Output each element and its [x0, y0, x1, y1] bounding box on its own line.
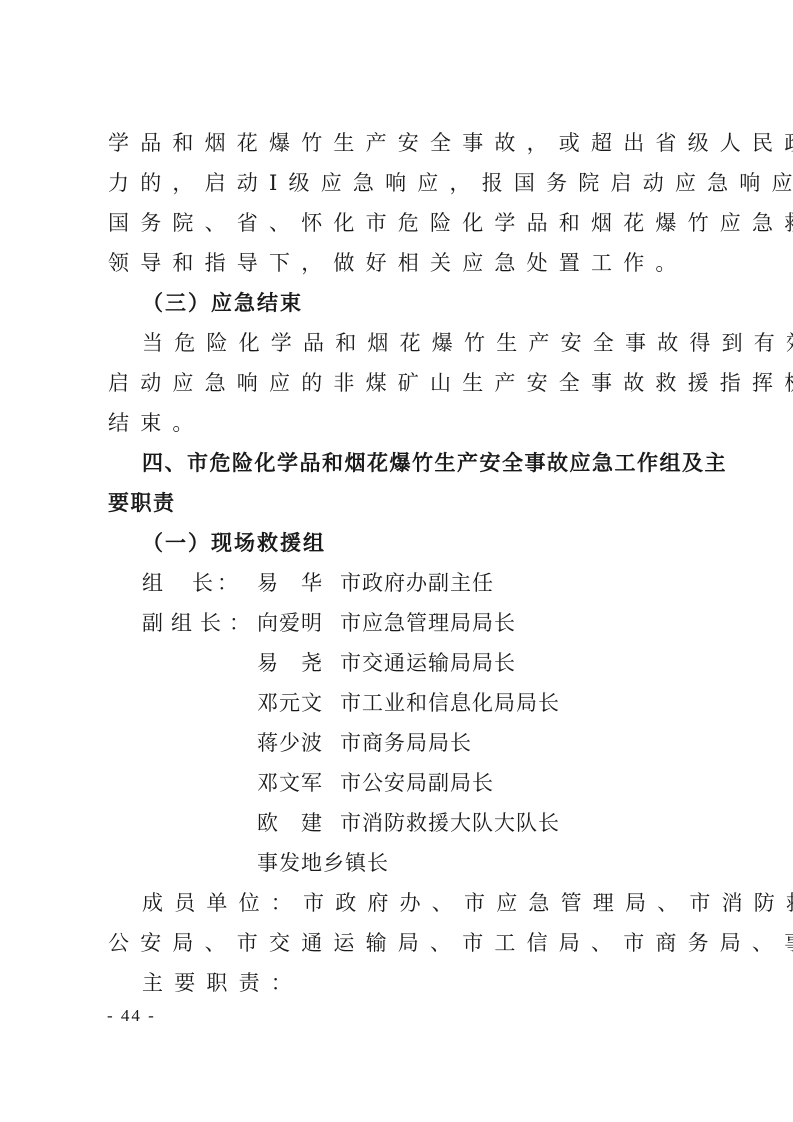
paragraph-line: 结束。 [108, 408, 205, 438]
duties-label: 主要职责： [142, 968, 303, 998]
deputy-name: 欧 建 [257, 808, 323, 838]
section-heading: 四、市危险化学品和烟花爆竹生产安全事故应急工作组及主 [142, 448, 727, 478]
deputy-name: 邓元文 [257, 688, 323, 718]
members-line: 成员单位：市政府办、市应急管理局、市消防救援大队、市 [142, 888, 793, 918]
deputy-title: 市交通运输局局长 [340, 648, 516, 678]
paragraph-line: 学品和烟花爆竹生产安全事故，或超出省级人民政府应急处置能 [108, 128, 793, 158]
page-number: - 44 - [107, 1006, 156, 1026]
subsection-heading: （三）应急结束 [142, 288, 303, 318]
subsection-heading: （一）现场救援组 [142, 528, 326, 558]
deputy-label: 副组长： [142, 608, 258, 638]
deputy-title: 市消防救援大队大队长 [340, 808, 560, 838]
paragraph-line: 领导和指导下，做好相关应急处置工作。 [108, 248, 688, 278]
deputy-name: 事发地乡镇长 [257, 848, 389, 878]
deputy-name: 蒋少波 [257, 728, 323, 758]
document-page: 学品和烟花爆竹生产安全事故，或超出省级人民政府应急处置能 力的，启动Ⅰ级应急响应… [0, 0, 793, 1122]
deputy-title: 市应急管理局局长 [340, 608, 516, 638]
deputy-name: 向爱明 [257, 608, 323, 638]
deputy-title: 市商务局局长 [340, 728, 472, 758]
leader-title: 市政府办副主任 [340, 568, 494, 598]
deputy-title: 市工业和信息化局局长 [340, 688, 560, 718]
paragraph-line: 当危险化学品和烟花爆竹生产安全事故得到有效控制时，由 [142, 328, 793, 358]
deputy-name: 易 尧 [257, 648, 323, 678]
deputy-title: 市公安局副局长 [340, 768, 494, 798]
members-line: 公安局、市交通运输局、市工信局、市商务局、事发地乡镇。 [108, 928, 793, 958]
deputy-name: 邓文军 [257, 768, 323, 798]
leader-label: 组 长： [142, 568, 242, 598]
paragraph-line: 力的，启动Ⅰ级应急响应，报国务院启动应急响应。市指挥部在 [108, 168, 793, 198]
paragraph-line: 国务院、省、怀化市危险化学品和烟花爆竹应急救援指挥机构的 [108, 208, 793, 238]
paragraph-line: 启动应急响应的非煤矿山生产安全事故救援指挥机构决定并宣布 [108, 368, 793, 398]
section-heading: 要职责 [108, 488, 176, 518]
leader-name: 易 华 [257, 568, 323, 598]
